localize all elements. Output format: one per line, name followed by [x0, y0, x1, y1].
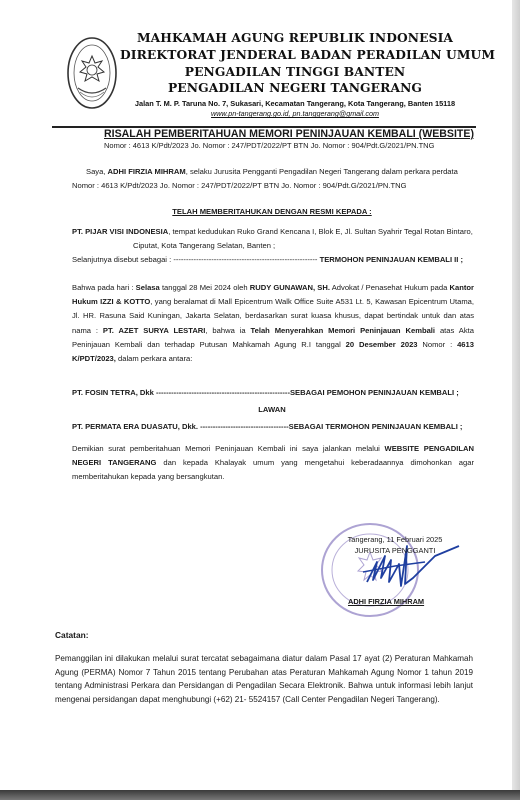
note-text: Pemanggilan ini dilakukan melalui surat …: [55, 652, 473, 706]
notice-heading-text: TELAH MEMBERITAHUKAN DENGAN RESMI KEPADA…: [172, 207, 371, 216]
recipient-address: , tempat kedudukan Ruko Grand Kencana I,…: [168, 227, 473, 236]
letterhead-line-3: PENGADILAN TINGGI BANTEN: [120, 64, 470, 81]
called-label: Selanjutnya disebut sebagai : ----------…: [72, 255, 317, 264]
scan-edge-right: [512, 0, 520, 800]
body-text: dalam perkara antara:: [116, 354, 192, 363]
signature-block: Tangerang, 11 Februari 2025 JURUSITA PEN…: [340, 535, 450, 556]
decision-date: 20 Desember 2023: [346, 340, 418, 349]
signer-role: JURUSITA PENGGANTI: [340, 546, 450, 557]
applicant-text: PT. FOSIN TETRA, Dkk -------------------…: [72, 388, 459, 397]
party-applicant: PT. FOSIN TETRA, Dkk -------------------…: [72, 386, 459, 400]
versus-text: LAWAN: [258, 405, 285, 414]
party-respondent: PT. PERMATA ERA DUASATU, Dkk. ----------…: [72, 420, 462, 434]
recipient-role: TERMOHON PENINJAUAN KEMBALI II ;: [317, 255, 463, 264]
lawyer-name: RUDY GUNAWAN, SH.: [250, 283, 330, 292]
document-title: RISALAH PEMBERITAHUAN MEMORI PENINJAUAN …: [104, 128, 474, 140]
party-name: PT. AZET SURYA LESTARI: [103, 326, 205, 335]
body-text: Bahwa pada hari :: [72, 283, 136, 292]
place-date: Tangerang, 11 Februari 2025: [340, 535, 450, 546]
respondent-text: PT. PERMATA ERA DUASATU, Dkk. ----------…: [72, 422, 462, 431]
bailiff-name: ADHI FIRZIA MIHRAM: [108, 167, 186, 176]
note-heading: Catatan:: [55, 630, 89, 640]
scan-edge-bottom: [0, 790, 520, 800]
body-text: Nomor :: [418, 340, 458, 349]
closing-text: Demikian surat pemberitahuan Memori Peni…: [72, 444, 385, 453]
notice-heading: TELAH MEMBERITAHUKAN DENGAN RESMI KEPADA…: [72, 205, 472, 219]
intro-line-2: Nomor : 4613 K/Pdt/2023 Jo. Nomor : 247/…: [72, 179, 407, 193]
recipient-name: PT. PIJAR VISI INDONESIA: [72, 227, 168, 236]
intro-line-1: Saya, ADHI FIRZIA MIHRAM, selaku Jurusit…: [86, 165, 458, 179]
body-text: tanggal 28 Mei 2024 oleh: [160, 283, 250, 292]
letterhead-address: Jalan T. M. P. Taruna No. 7, Sukasari, K…: [120, 98, 470, 109]
case-number: Nomor : 4613 K/Pdt/2023 Jo. Nomor : 247/…: [104, 141, 434, 150]
body-text: , bahwa ia: [205, 326, 250, 335]
body-paragraph: Bahwa pada hari : Selasa tanggal 28 Mei …: [72, 281, 474, 366]
intro-text: , selaku Jurusita Pengganti Pengadilan N…: [186, 167, 458, 176]
court-seal-icon: [66, 36, 118, 110]
letterhead-line-2: DIREKTORAT JENDERAL BADAN PERADILAN UMUM: [120, 47, 470, 64]
recipient-line-1: PT. PIJAR VISI INDONESIA, tempat keduduk…: [72, 225, 473, 239]
body-text: Advokat / Penasehat Hukum pada: [330, 283, 450, 292]
letterhead-web: www.pn-tangerang.go.id, pn.tanggerang@gm…: [120, 109, 470, 119]
action: Telah Menyerahkan Memori Peninjauan Kemb…: [251, 326, 436, 335]
closing-paragraph: Demikian surat pemberitahuan Memori Peni…: [72, 442, 474, 485]
recipient-line-2: Ciputat, Kota Tangerang Selatan, Banten …: [133, 239, 275, 253]
letterhead-line-1: MAHKAMAH AGUNG REPUBLIK INDONESIA: [120, 30, 470, 47]
document-page: MAHKAMAH AGUNG REPUBLIK INDONESIA DIREKT…: [0, 0, 512, 790]
recipient-role-line: Selanjutnya disebut sebagai : ----------…: [72, 253, 463, 267]
letterhead: MAHKAMAH AGUNG REPUBLIK INDONESIA DIREKT…: [120, 30, 470, 119]
versus: LAWAN: [72, 403, 472, 417]
signer-name: ADHI FIRZIA MIHRAM: [348, 597, 424, 606]
day: Selasa: [136, 283, 160, 292]
intro-text: Saya,: [86, 167, 108, 176]
letterhead-line-4: PENGADILAN NEGERI TANGERANG: [120, 80, 470, 97]
